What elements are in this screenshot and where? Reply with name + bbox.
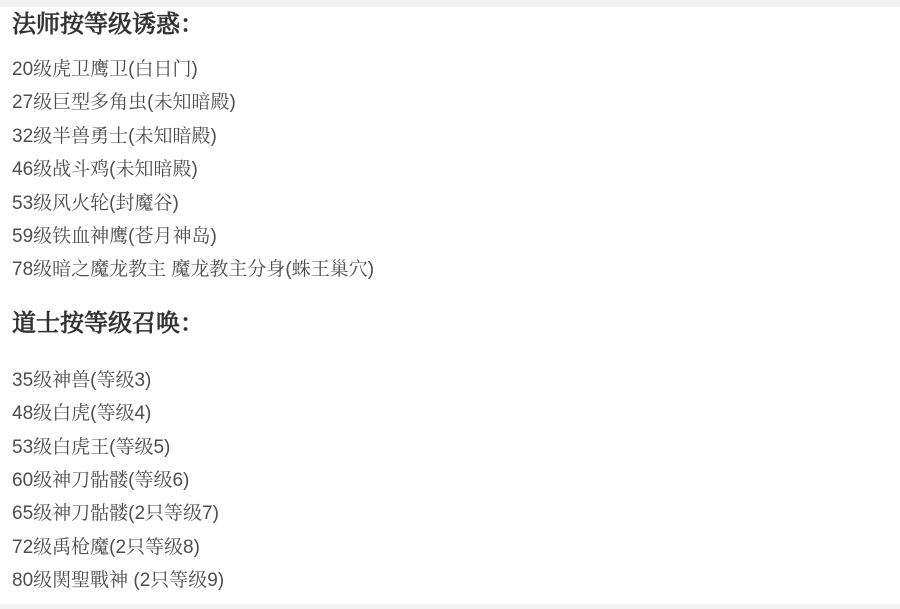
list-item: 60级神刀骷髅(等级6) (12, 464, 888, 497)
list-item: 53级白虎王(等级5) (12, 431, 888, 464)
section-taoist-summon-list: 道士按等级召唤： 35级神兽(等级3) 48级白虎(等级4) 53级白虎王(等级… (12, 309, 888, 598)
list-item: 72级禹枪魔(2只等级8) (12, 531, 888, 564)
list-item: 65级神刀骷髅(2只等级7) (12, 497, 888, 530)
article-content: 法师按等级诱惑： 20级虎卫鹰卫(白日门) 27级巨型多角虫(未知暗殿) 32级… (0, 10, 900, 598)
mage-section-heading: 法师按等级诱惑： (12, 10, 888, 40)
list-item: 80级関聖戰神 (2只等级9) (12, 564, 888, 597)
list-item: 35级神兽(等级3) (12, 364, 888, 397)
list-item: 59级铁血神鹰(苍月神岛) (12, 220, 888, 253)
taoist-section-heading: 道士按等级召唤： (12, 309, 888, 339)
list-item: 46级战斗鸡(未知暗殿) (12, 153, 888, 186)
top-edge-strip (0, 0, 900, 7)
list-item: 27级巨型多角虫(未知暗殿) (12, 86, 888, 119)
list-item: 78级暗之魔龙教主 魔龙教主分身(蛛王巢穴) (12, 253, 888, 286)
list-item: 32级半兽勇士(未知暗殿) (12, 120, 888, 153)
list-item: 20级虎卫鹰卫(白日门) (12, 53, 888, 86)
section-mage-lure-list: 法师按等级诱惑： 20级虎卫鹰卫(白日门) 27级巨型多角虫(未知暗殿) 32级… (12, 10, 888, 287)
bottom-edge-strip (0, 604, 900, 609)
list-item: 48级白虎(等级4) (12, 397, 888, 430)
list-item: 53级风火轮(封魔谷) (12, 187, 888, 220)
